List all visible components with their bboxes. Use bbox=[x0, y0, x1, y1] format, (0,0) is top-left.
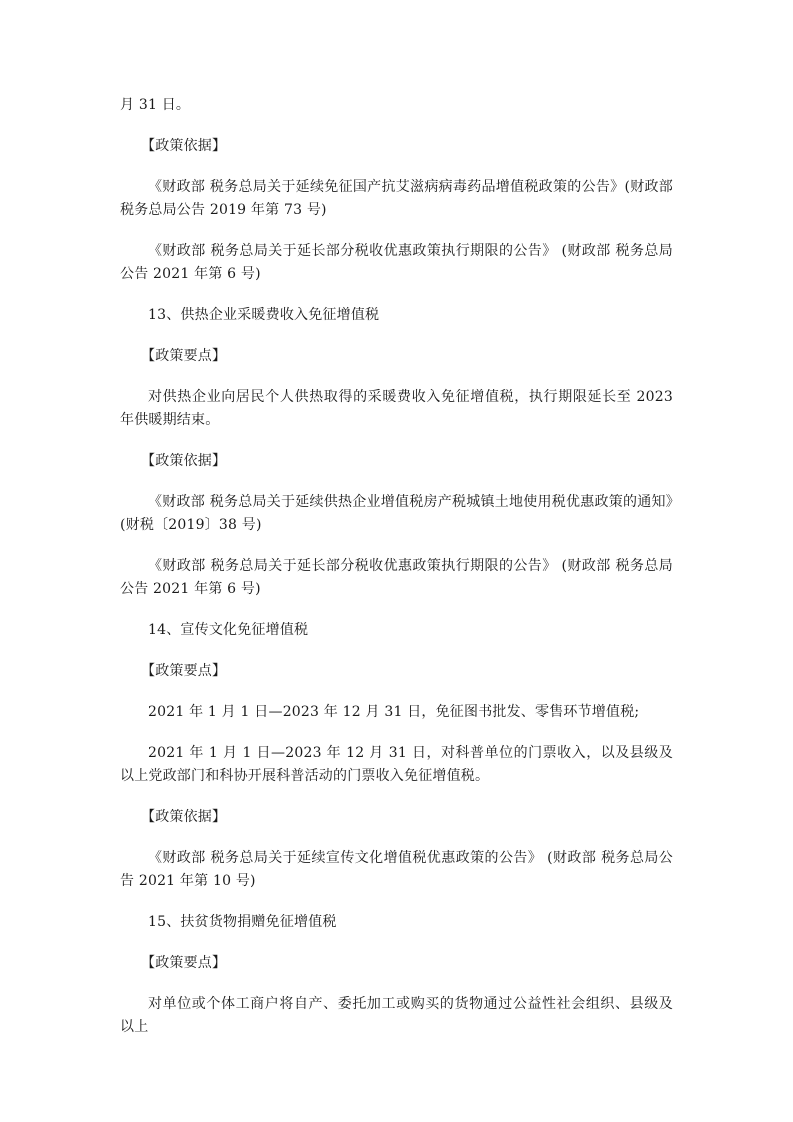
section-label-points: 【政策要点】 bbox=[120, 660, 673, 683]
policy-point: 对供热企业向居民个人供热取得的采暖费收入免征增值税，执行期限延长至 2023 年… bbox=[120, 386, 673, 432]
policy-reference: 《财政部 税务总局关于延续免征国产抗艾滋病病毒药品增值税政策的公告》(财政部 税… bbox=[120, 176, 673, 222]
policy-point: 对单位或个体工商户将自产、委托加工或购买的货物通过公益性社会组织、县级及以上 bbox=[120, 993, 673, 1039]
policy-point: 2021 年 1 月 1 日—2023 年 12 月 31 日，免征图书批发、零… bbox=[120, 701, 673, 724]
document-page: 月 31 日。 【政策依据】 《财政部 税务总局关于延续免征国产抗艾滋病病毒药品… bbox=[120, 94, 673, 1057]
continuation-text: 月 31 日。 bbox=[120, 94, 673, 117]
section-heading-14: 14、宣传文化免征增值税 bbox=[120, 619, 673, 642]
policy-reference: 《财政部 税务总局关于延长部分税收优惠政策执行期限的公告》 (财政部 税务总局公… bbox=[120, 555, 673, 601]
section-label-basis: 【政策依据】 bbox=[120, 450, 673, 473]
section-label-points: 【政策要点】 bbox=[120, 345, 673, 368]
section-heading-13: 13、供热企业采暖费收入免征增值税 bbox=[120, 304, 673, 327]
policy-point: 2021 年 1 月 1 日—2023 年 12 月 31 日，对科普单位的门票… bbox=[120, 742, 673, 788]
section-label-points: 【政策要点】 bbox=[120, 952, 673, 975]
policy-reference: 《财政部 税务总局关于延续宣传文化增值税优惠政策的公告》 (财政部 税务总局公告… bbox=[120, 847, 673, 893]
section-heading-15: 15、扶贫货物捐赠免征增值税 bbox=[120, 911, 673, 934]
policy-reference: 《财政部 税务总局关于延续供热企业增值税房产税城镇土地使用税优惠政策的通知》(财… bbox=[120, 491, 673, 537]
policy-reference: 《财政部 税务总局关于延长部分税收优惠政策执行期限的公告》 (财政部 税务总局公… bbox=[120, 240, 673, 286]
section-label-basis: 【政策依据】 bbox=[120, 806, 673, 829]
section-label-basis: 【政策依据】 bbox=[120, 135, 673, 158]
